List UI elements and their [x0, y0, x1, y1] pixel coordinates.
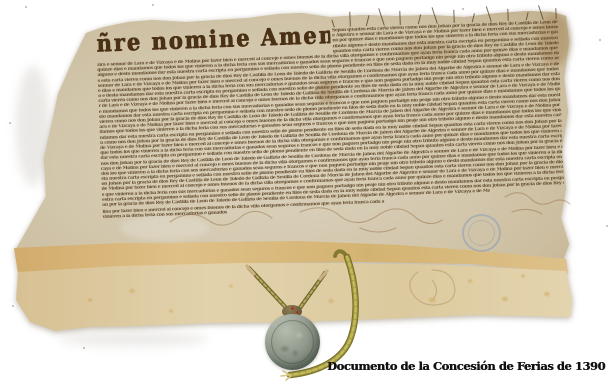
pendant-seal — [265, 314, 320, 370]
ascender-stroke — [399, 11, 401, 25]
ascender-stroke — [349, 12, 351, 27]
ascender-stroke — [486, 6, 492, 22]
ascender-stroke — [331, 19, 335, 27]
ascender-stroke — [507, 9, 509, 21]
red-wax-speck — [291, 307, 294, 310]
manuscript-lines: Sepan quantos esta carta vieren como nos… — [96, 20, 564, 220]
manuscript-text: ñre nomine Amen Sepan quantos esta carta… — [96, 19, 564, 220]
ascender-stroke — [366, 15, 370, 26]
photo-caption: Documento de la Concesión de Ferias de 1… — [327, 358, 605, 378]
ascender-stroke — [538, 5, 544, 20]
blue-ink-stamp-icon — [462, 214, 501, 252]
ascender-stroke — [526, 12, 529, 20]
ascender-stroke — [432, 7, 439, 24]
seal-relief-ring — [271, 320, 314, 364]
ascender-stroke — [472, 13, 476, 22]
blue-ink-stamp-inner-ring — [468, 220, 495, 246]
ascender-stroke — [378, 8, 385, 26]
ascender-stroke — [453, 10, 455, 23]
ascender-stroke — [555, 8, 557, 19]
ascender-stroke — [418, 14, 422, 24]
photo-canvas: ñre nomine Amen Sepan quantos esta carta… — [0, 0, 615, 385]
